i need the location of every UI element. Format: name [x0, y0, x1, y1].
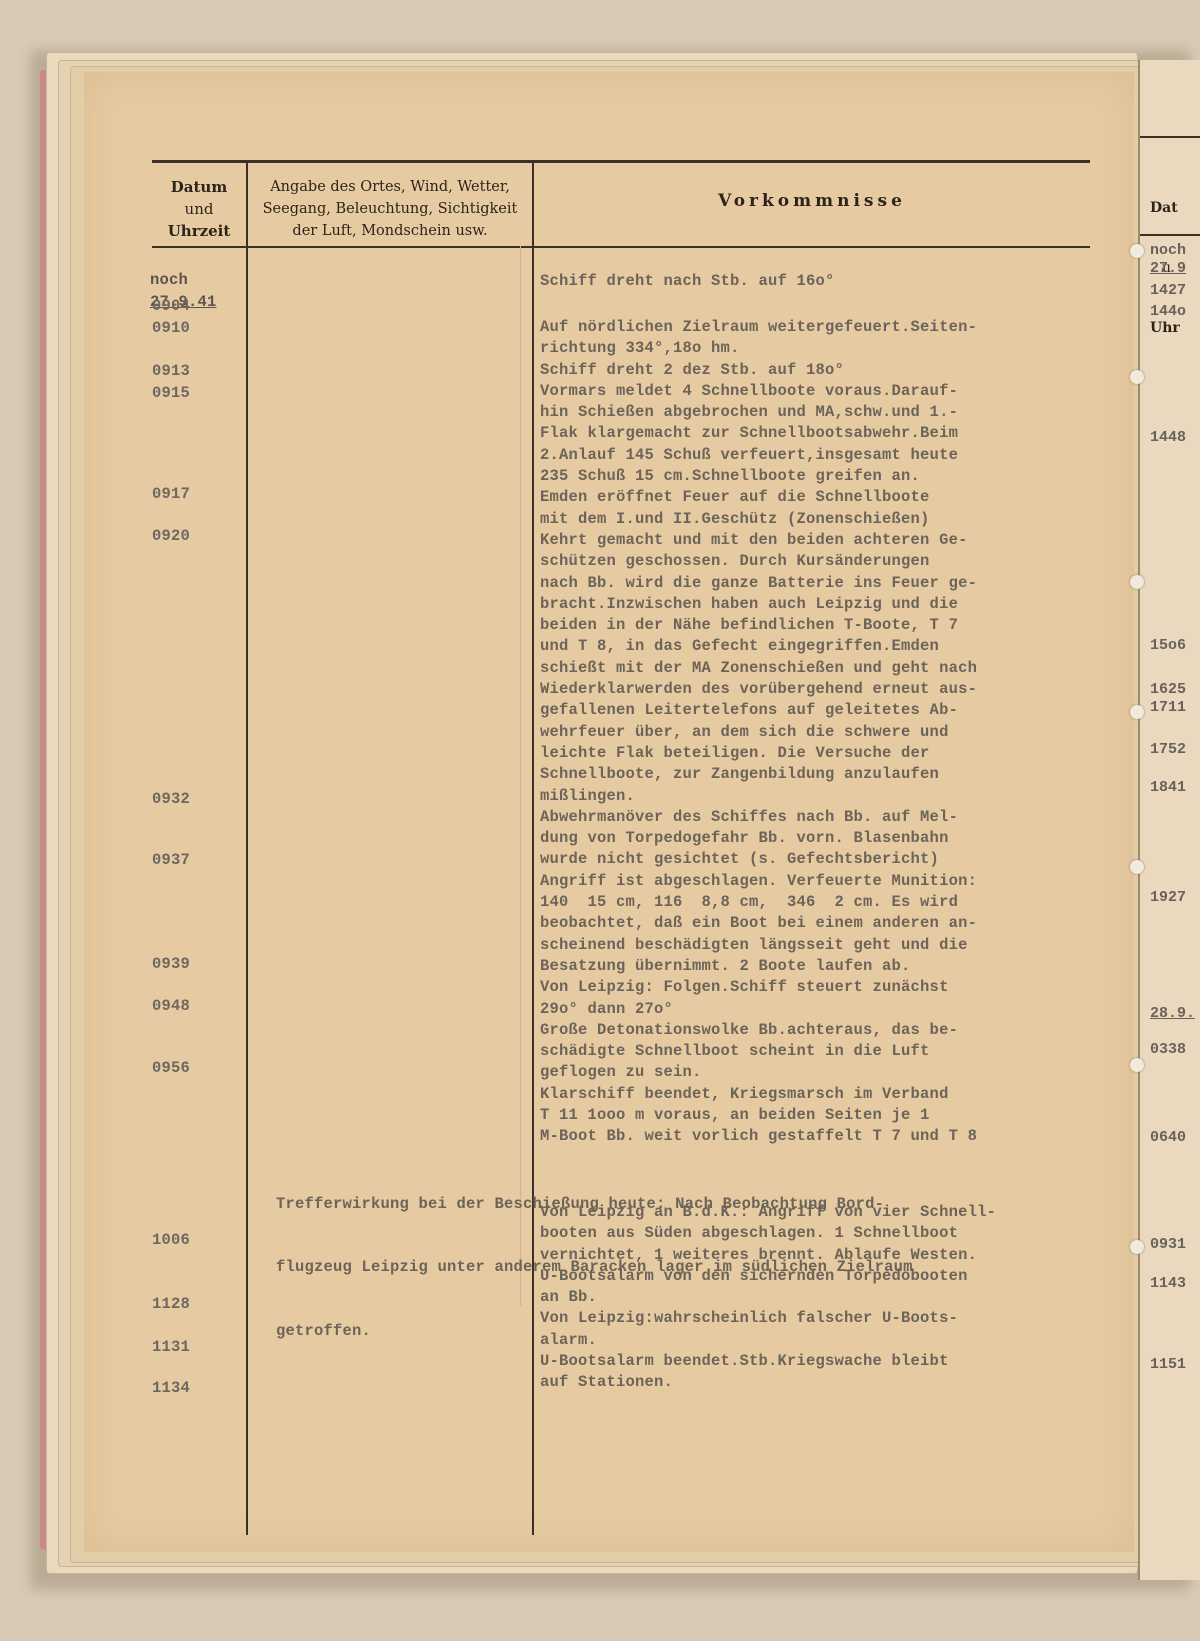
entry-line: beiden in der Nähe befindlichen T-Boote,… [540, 615, 977, 636]
header-location: Angabe des Ortes, Wind, Wetter, Seegang,… [248, 176, 532, 242]
entry-line: leichte Flak beteiligen. Die Versuche de… [540, 743, 977, 764]
entry-line: alarm. [540, 1330, 996, 1351]
date-noch: noch [150, 270, 188, 291]
entry-line: 2.Anlauf 145 Schuß verfeuert,insgesamt h… [540, 445, 977, 466]
header-text: Seegang, Beleuchtung, Sichtigkeit [248, 198, 532, 220]
entry-line: T 11 1ooo m voraus, an beiden Seiten je … [540, 1105, 977, 1126]
entry-line: richtung 334°,18o hm. [540, 338, 977, 359]
entry-line: schädigte Schnellboot scheint in die Luf… [540, 1041, 977, 1062]
entry-line: Vormars meldet 4 Schnellboote voraus.Dar… [540, 381, 977, 402]
entry-line: schützen geschossen. Durch Kursänderunge… [540, 551, 977, 572]
time-entry: 0948 [152, 996, 190, 1017]
header-datum: Datum und Uhrzeit [152, 176, 246, 242]
entry-line: an Bb. [540, 1287, 996, 1308]
entry-line: mit dem I.und II.Geschütz (Zonenschießen… [540, 509, 977, 530]
facing-time-entry: 1151 [1150, 1355, 1186, 1375]
binding-stitch [1130, 575, 1144, 589]
facing-date-2: 28.9. [1150, 1004, 1195, 1024]
time-entry: 0915 [152, 383, 190, 404]
facing-time-entry: 1427 [1150, 281, 1186, 301]
facing-time-entry: 1143 [1150, 1274, 1186, 1294]
facing-time-entry: 1625 [1150, 680, 1186, 700]
time-entry: 1134 [152, 1378, 190, 1399]
entry-line: Kehrt gemacht und mit den beiden achtere… [540, 530, 977, 551]
time-entry: 0937 [152, 850, 190, 871]
entry-line: Auf nördlichen Zielraum weitergefeuert.S… [540, 317, 977, 338]
facing-time-entry: 0338 [1150, 1040, 1186, 1060]
facing-time-entry: 1711 [1150, 698, 1186, 718]
facing-time-entry: 0931 [1150, 1235, 1186, 1255]
entry-line: Von Leipzig: Folgen.Schiff steuert zunäc… [540, 977, 977, 998]
column-divider-1 [246, 160, 248, 1535]
entry-line: Von Leipzig an B.d.K.: Angriff von vier … [540, 1202, 996, 1223]
binding-stitch [1130, 860, 1144, 874]
facing-time-entry: 0640 [1150, 1128, 1186, 1148]
time-entry: 0913 [152, 361, 190, 382]
facing-noch: noch [1150, 241, 1186, 261]
time-entry: 0920 [152, 526, 190, 547]
entry-line: wurde nicht gesichtet (s. Gefechtsberich… [540, 849, 977, 870]
facing-time-entry: 1752 [1150, 740, 1186, 760]
header-text: Dat [1150, 198, 1180, 218]
header-text: Uhrzeit [152, 220, 246, 242]
entry-line: wehrfeuer über, an dem sich die schwere … [540, 722, 977, 743]
binding-stitch [1130, 1240, 1144, 1254]
entry-line: vernichtet, 1 weiteres brennt. Ablaufe W… [540, 1245, 996, 1266]
entry-line: Besatzung übernimmt. 2 Boote laufen ab. [540, 956, 977, 977]
entry-line: Von Leipzig:wahrscheinlich falscher U-Bo… [540, 1308, 996, 1329]
facing-top-rule [1140, 136, 1200, 138]
facing-time-entry: 144o [1150, 302, 1186, 322]
entry-line: U-Bootsalarm beendet.Stb.Kriegswache ble… [540, 1351, 996, 1372]
log-entry: Schiff dreht nach Stb. auf 16o° [540, 271, 835, 292]
binding-stitch [1130, 370, 1144, 384]
binding-stitch [1130, 705, 1144, 719]
time-entry: 0917 [152, 484, 190, 505]
header-text: Datum [152, 176, 246, 198]
entry-line: nach Bb. wird die ganze Batterie ins Feu… [540, 573, 977, 594]
log-entry: Auf nördlichen Zielraum weitergefeuert.S… [540, 317, 977, 1148]
entry-line: Schnellboote, zur Zangenbildung anzulauf… [540, 764, 977, 785]
facing-time-entry: 1927 [1150, 888, 1186, 908]
entry-line: Angriff ist abgeschlagen. Verfeuerte Mun… [540, 871, 977, 892]
entry-line: Flak klargemacht zur Schnellbootsabwehr.… [540, 423, 977, 444]
entry-line: hin Schießen abgebrochen und MA,schw.und… [540, 402, 977, 423]
time-entry: 0939 [152, 954, 190, 975]
entry-line: Klarschiff beendet, Kriegsmarsch im Verb… [540, 1084, 977, 1105]
entry-line: Abwehrmanöver des Schiffes nach Bb. auf … [540, 807, 977, 828]
entry-line: auf Stationen. [540, 1372, 996, 1393]
facing-page: Dat u Uhr noch 27.9 28.9. 1427144o144815… [1138, 60, 1200, 1580]
header-text: der Luft, Mondschein usw. [248, 220, 532, 242]
entry-line: scheinend beschädigten längsseit geht un… [540, 935, 977, 956]
time-entry: 0904 [152, 296, 190, 317]
header-text: Angabe des Ortes, Wind, Wetter, [248, 176, 532, 198]
entry-line: mißlingen. [540, 786, 977, 807]
table-header-rule [152, 246, 1090, 248]
header-text: und [152, 198, 246, 220]
binding-stitch [1130, 244, 1144, 258]
entry-line: Schiff dreht 2 dez Stb. auf 18o° [540, 360, 977, 381]
time-entry: 1128 [152, 1294, 190, 1315]
entry-line: bracht.Inzwischen haben auch Leipzig und… [540, 594, 977, 615]
time-entry: 0910 [152, 318, 190, 339]
facing-time-entry: 15o6 [1150, 636, 1186, 656]
log-entry: Von Leipzig an B.d.K.: Angriff von vier … [540, 1202, 996, 1394]
entry-line: 29o° dann 27o° [540, 999, 977, 1020]
table-top-rule [152, 160, 1090, 163]
header-vorkommnisse: Vorkommnisse [534, 190, 1090, 212]
entry-line: schießt mit der MA Zonenschießen und geh… [540, 658, 977, 679]
entry-line: gefallenen Leitertelefons auf geleitetes… [540, 700, 977, 721]
binding-stitch [1130, 1058, 1144, 1072]
time-entry: 0932 [152, 789, 190, 810]
entry-line: M-Boot Bb. weit vorlich gestaffelt T 7 u… [540, 1126, 977, 1147]
facing-date: 27.9 [1150, 259, 1186, 279]
time-entry: 1131 [152, 1337, 190, 1358]
entry-line: 140 15 cm, 116 8,8 cm, 346 2 cm. Es wird [540, 892, 977, 913]
entry-line: dung von Torpedogefahr Bb. vorn. Blasenb… [540, 828, 977, 849]
entry-line: 235 Schuß 15 cm.Schnellboote greifen an. [540, 466, 977, 487]
entry-line: Große Detonationswolke Bb.achteraus, das… [540, 1020, 977, 1041]
entry-line: und T 8, in das Gefecht eingegriffen.Emd… [540, 636, 977, 657]
time-entry: 0956 [152, 1058, 190, 1079]
entry-line: Schiff dreht nach Stb. auf 16o° [540, 271, 835, 292]
margin-red-rule [520, 246, 521, 1306]
entry-line: beobachtet, daß ein Boot bei einem ander… [540, 913, 977, 934]
entry-line: booten aus Süden abgeschlagen. 1 Schnell… [540, 1223, 996, 1244]
entry-line: geflogen zu sein. [540, 1062, 977, 1083]
entry-line: Emden eröffnet Feuer auf die Schnellboot… [540, 487, 977, 508]
facing-time-entry: 1841 [1150, 778, 1186, 798]
time-entry: 1006 [152, 1230, 190, 1251]
facing-time-entry: 1448 [1150, 428, 1186, 448]
entry-line: Wiederklarwerden des vorübergehend erneu… [540, 679, 977, 700]
entry-line: U-Bootsalarm von den sichernden Torpedob… [540, 1266, 996, 1287]
